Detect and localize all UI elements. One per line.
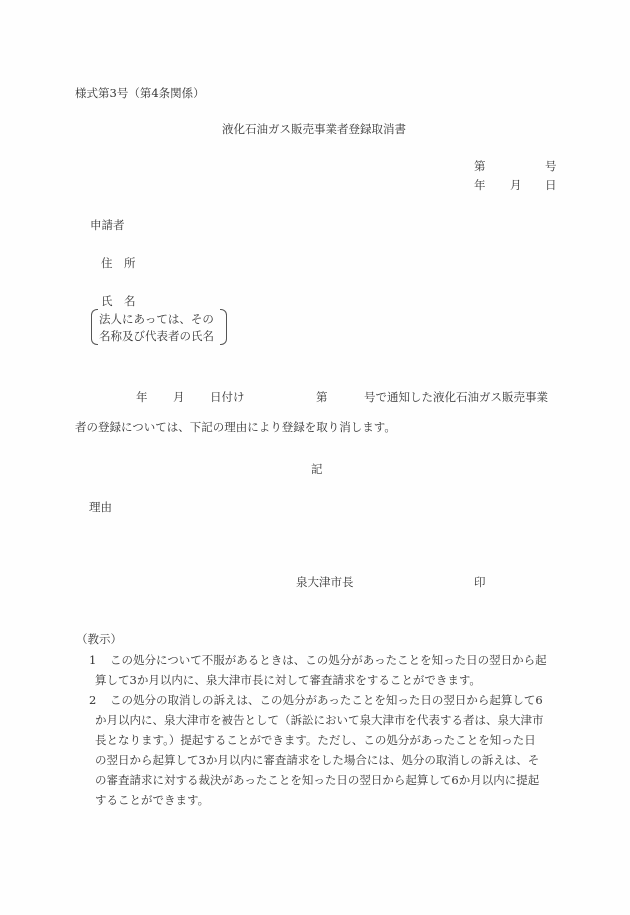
- notice-line: することができます。: [95, 793, 209, 807]
- notice-line: 長となります。）提起することができます。ただし、この処分があったことを知った日: [95, 733, 536, 747]
- corporate-note-line2: 名称及び代表者の氏名: [99, 328, 214, 345]
- address-label: 住 所: [101, 256, 136, 270]
- left-bracket: [91, 309, 98, 345]
- date-month: 月: [510, 178, 522, 192]
- notice-line: 算して3か月以内に、泉大津市長に対して審査請求をすることができます。: [95, 673, 481, 687]
- form-number: 様式第3号（第4条関係）: [75, 86, 205, 100]
- doc-number-suffix: 号: [545, 159, 557, 173]
- date-year: 年: [474, 178, 486, 192]
- issuer-name: 泉大津市長: [296, 575, 354, 589]
- doc-number-prefix: 第: [474, 159, 486, 173]
- notice-item-number: 2: [89, 693, 96, 707]
- notice-heading: （教示）: [76, 632, 122, 646]
- notice-line: の審査請求に対する裁決があったことを知った日の翌日から起算して6か月以内に提起: [95, 773, 539, 787]
- date-day: 日: [545, 178, 557, 192]
- name-label: 氏 名: [101, 294, 136, 308]
- reason-label: 理由: [89, 500, 112, 514]
- body-dated: 日付け: [210, 390, 245, 404]
- right-bracket: [220, 309, 227, 345]
- corporate-note: 法人にあっては、その 名称及び代表者の氏名: [91, 309, 227, 345]
- ki-heading: 記: [311, 462, 323, 476]
- body-number-prefix: 第: [316, 390, 328, 404]
- document-title: 液化石油ガス販売事業者登録取消書: [222, 122, 406, 136]
- body-month: 月: [173, 390, 185, 404]
- notice-line: の翌日から起算して3か月以内に審査請求をした場合には、処分の取消しの訴えは、そ: [95, 753, 539, 767]
- body-line1-rest: 号で通知した液化石油ガス販売事業: [364, 390, 548, 404]
- seal-mark: 印: [474, 575, 486, 589]
- notice-item-number: 1: [89, 653, 96, 667]
- notice-line: か月以内に、泉大津市を被告として（訴訟において泉大津市を代表する者は、泉大津市: [95, 713, 544, 727]
- body-line2: 者の登録については、下記の理由により登録を取り消します。: [75, 420, 396, 434]
- body-year: 年: [136, 390, 148, 404]
- notice-line: この処分について不服があるときは、この処分があったことを知った日の翌日から起: [110, 653, 547, 667]
- applicant-label: 申請者: [90, 218, 125, 232]
- corporate-note-line1: 法人にあっては、その: [99, 311, 214, 328]
- notice-line: この処分の取消しの訴えは、この処分があったことを知った日の翌日から起算して6: [110, 693, 543, 707]
